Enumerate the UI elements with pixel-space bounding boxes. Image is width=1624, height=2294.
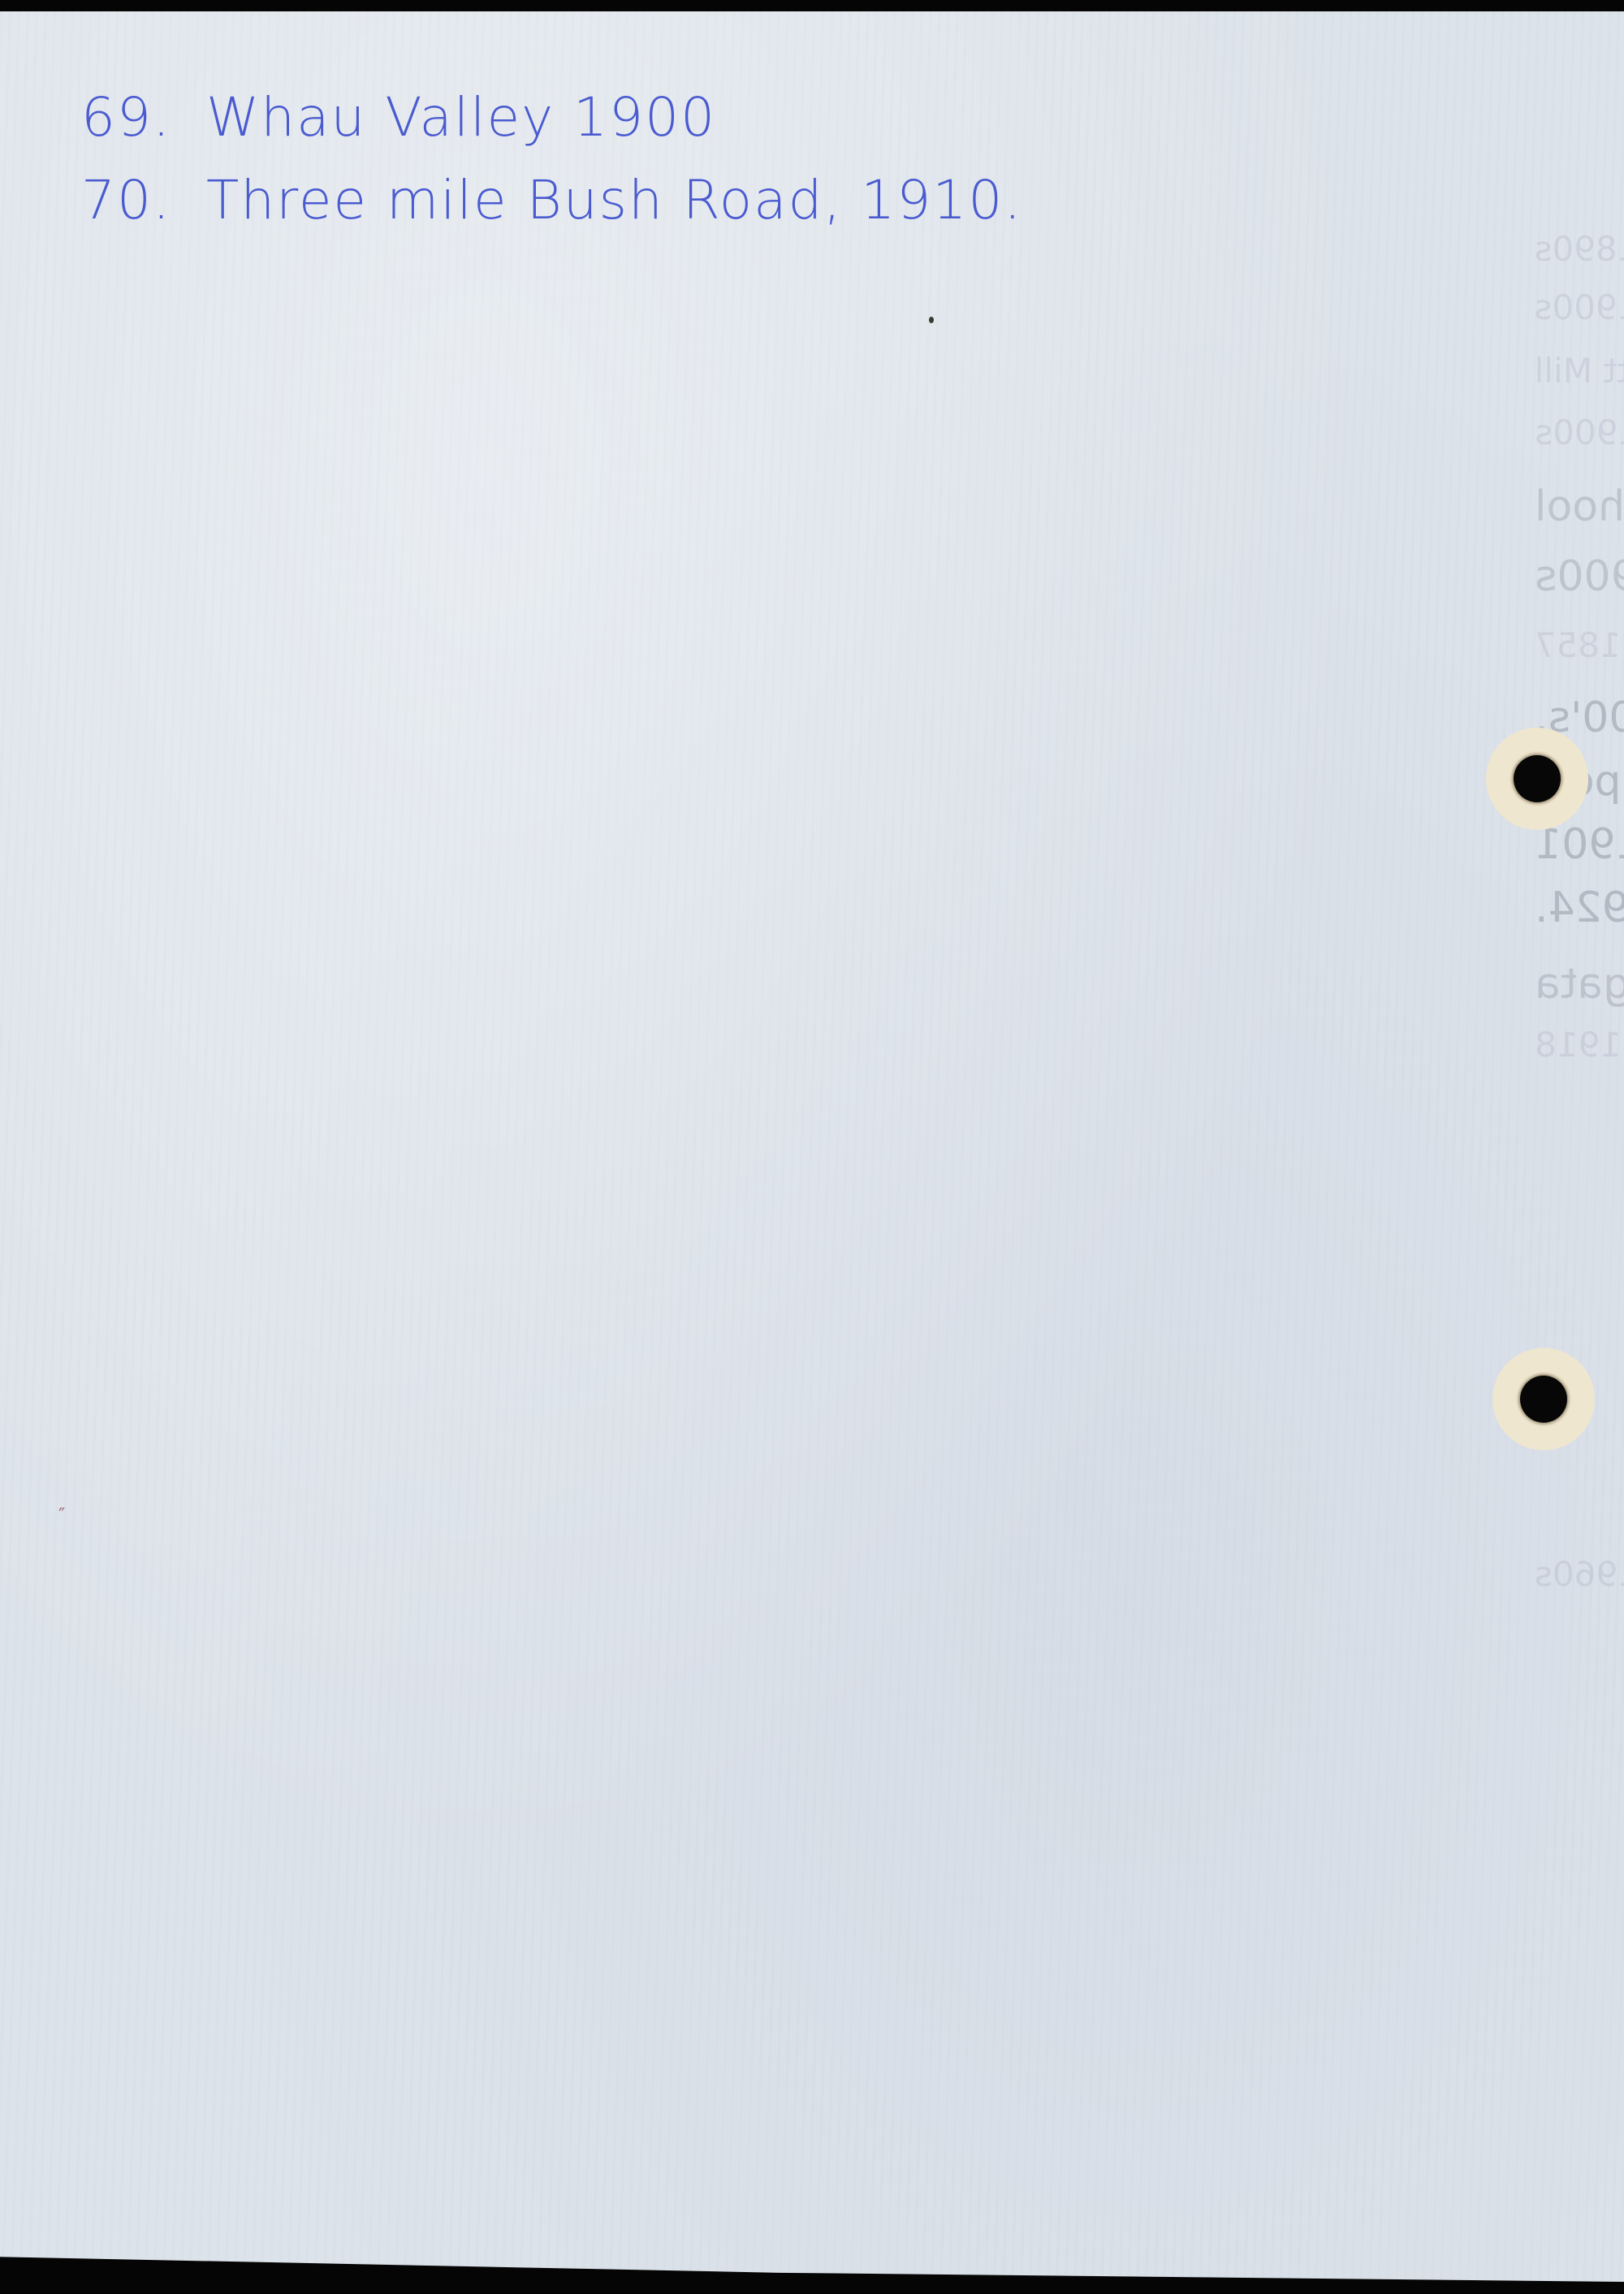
bleed-line: 37 Waikaraka School 1890s	[1535, 229, 1624, 269]
red-ink-mark: ″	[58, 1506, 75, 1528]
bleed-line: 39 Creamery Tutt Mill	[1535, 351, 1624, 391]
bleed-line: 40 Swimming hole in Coffey Tarks Nest 19…	[1535, 413, 1624, 452]
document-page: 37 Waikaraka School 1890s 38 Whangarei 1…	[0, 11, 1624, 2282]
list-item: 69. Whau Valley 1900	[81, 76, 1022, 159]
hole-icon	[1514, 755, 1561, 802]
bleed-line: 49 ... Whangarei 1918	[1535, 1025, 1624, 1065]
bleed-line: 41 Whangarei Primary School	[1535, 482, 1624, 531]
list-item: 70. Three mile Bush Road, 1910.	[81, 159, 1022, 242]
bleed-line: 38 Whangarei 1900s	[1535, 287, 1624, 327]
handwritten-list: 69. Whau Valley 1900 70. Three mile Bush…	[81, 76, 1022, 242]
item-number: 69.	[81, 76, 171, 159]
punch-hole-top	[1486, 728, 1588, 830]
bleed-line: 47 Wilsonville, Hikurangi 1924.	[1535, 883, 1624, 932]
bleed-through-text: 37 Waikaraka School 1890s 38 Whangarei 1…	[0, 11, 1624, 2285]
paper-speck	[929, 317, 934, 323]
item-text: Three mile Bush Road, 1910.	[206, 159, 1022, 242]
item-text: Whau Valley 1900	[206, 76, 716, 159]
bleed-line: 42 Ruakaka Homestead at Ngunguru 1900s	[1535, 552, 1624, 601]
hole-icon	[1520, 1376, 1567, 1423]
bleed-line: 48 1927 Travelling to school on horsebac…	[1535, 960, 1624, 1009]
bleed-line: 43 ... hotel 1857	[1535, 625, 1624, 665]
punch-hole-bottom	[1492, 1348, 1595, 1450]
bleed-line: 53 Waterfall at Ruakaka 1960s	[1535, 1554, 1624, 1594]
item-number: 70.	[81, 159, 171, 242]
